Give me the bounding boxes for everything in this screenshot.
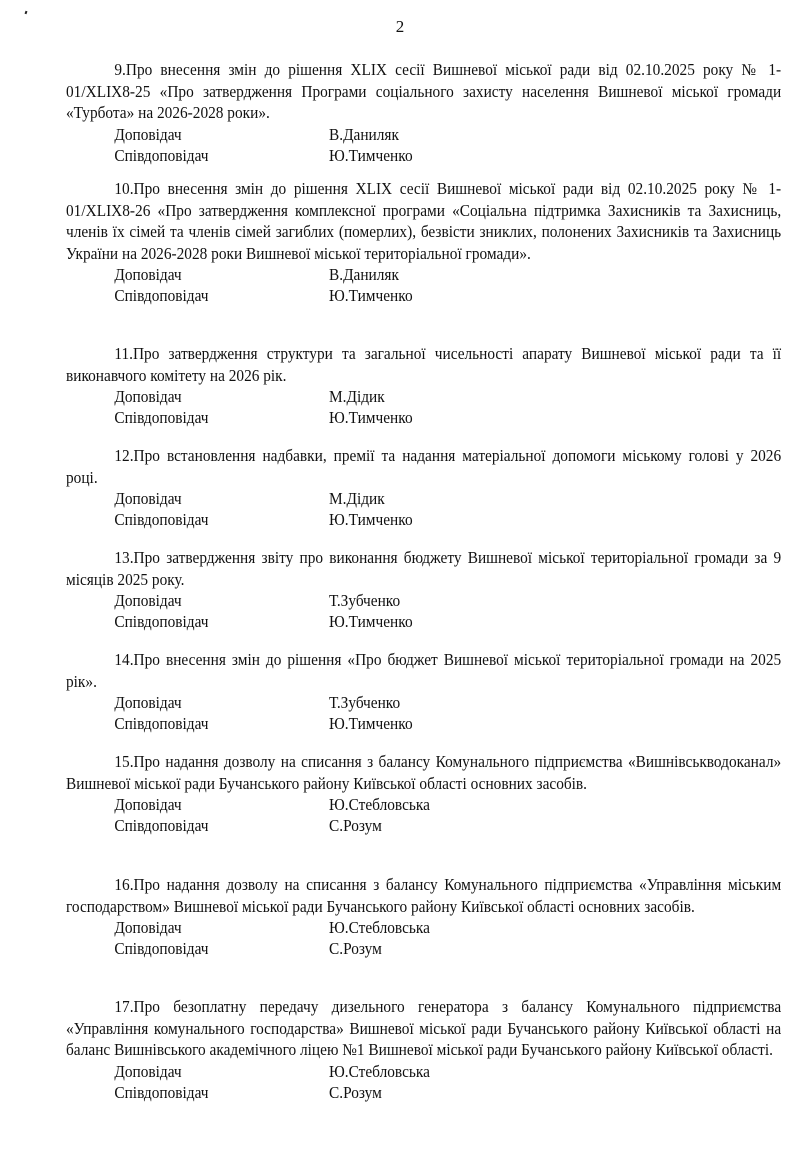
co-reporter-label: Співдоповідач xyxy=(66,285,311,306)
speakers: ДоповідачМ.Дідик СпівдоповідачЮ.Тимченко xyxy=(66,386,781,428)
reporter-name: Т.Зубченко xyxy=(329,692,400,713)
agenda-item: 12.Про встановлення надбавки, премії та … xyxy=(66,445,781,530)
co-reporter-label: Співдоповідач xyxy=(66,713,311,734)
agenda-item: 17.Про безоплатну передачу дизельного ге… xyxy=(66,996,781,1103)
reporter-label: Доповідач xyxy=(66,488,311,509)
co-reporter-name: С.Розум xyxy=(329,815,382,836)
reporter-label: Доповідач xyxy=(66,794,311,815)
speakers: ДоповідачЮ.Стебловська СпівдоповідачС.Ро… xyxy=(66,794,781,836)
reporter-label: Доповідач xyxy=(66,1061,311,1082)
reporter-name: М.Дідик xyxy=(329,386,385,407)
co-reporter-label: Співдоповідач xyxy=(66,815,311,836)
co-reporter-name: Ю.Тимченко xyxy=(329,285,413,306)
page-number: 2 xyxy=(0,17,800,37)
reporter-name: Ю.Стебловська xyxy=(329,794,430,815)
speakers: ДоповідачТ.Зубченко СпівдоповідачЮ.Тимче… xyxy=(66,590,781,632)
co-reporter-name: С.Розум xyxy=(329,938,382,959)
agenda-item-text: 9.Про внесення змін до рішення XLIX сесі… xyxy=(66,59,781,124)
speakers: ДоповідачЮ.Стебловська СпівдоповідачС.Ро… xyxy=(66,1061,781,1103)
agenda-item: 16.Про надання дозволу на списання з бал… xyxy=(66,874,781,959)
speakers: ДоповідачЮ.Стебловська СпівдоповідачС.Ро… xyxy=(66,917,781,959)
agenda-item-text: 16.Про надання дозволу на списання з бал… xyxy=(66,874,781,917)
agenda-item-text: 12.Про встановлення надбавки, премії та … xyxy=(66,445,781,488)
co-reporter-name: С.Розум xyxy=(329,1082,382,1103)
agenda-item: 10.Про внесення змін до рішення XLIX сес… xyxy=(66,178,781,306)
agenda-item: 9.Про внесення змін до рішення XLIX сесі… xyxy=(66,59,781,166)
reporter-name: Ю.Стебловська xyxy=(329,917,430,938)
co-reporter-label: Співдоповідач xyxy=(66,938,311,959)
speakers: ДоповідачВ.Даниляк СпівдоповідачЮ.Тимчен… xyxy=(66,124,781,166)
speakers: ДоповідачТ.Зубченко СпівдоповідачЮ.Тимче… xyxy=(66,692,781,734)
agenda-item-text: 13.Про затвердження звіту про виконання … xyxy=(66,547,781,590)
co-reporter-label: Співдоповідач xyxy=(66,611,311,632)
speakers: ДоповідачМ.Дідик СпівдоповідачЮ.Тимченко xyxy=(66,488,781,530)
reporter-name: Ю.Стебловська xyxy=(329,1061,430,1082)
agenda-item: 13.Про затвердження звіту про виконання … xyxy=(66,547,781,632)
co-reporter-label: Співдоповідач xyxy=(66,407,311,428)
reporter-label: Доповідач xyxy=(66,917,311,938)
reporter-name: В.Даниляк xyxy=(329,124,399,145)
reporter-label: Доповідач xyxy=(66,692,311,713)
reporter-label: Доповідач xyxy=(66,264,311,285)
co-reporter-label: Співдоповідач xyxy=(66,509,311,530)
co-reporter-name: Ю.Тимченко xyxy=(329,713,413,734)
reporter-name: Т.Зубченко xyxy=(329,590,400,611)
agenda-item-text: 14.Про внесення змін до рішення «Про бюд… xyxy=(66,649,781,692)
reporter-name: В.Даниляк xyxy=(329,264,399,285)
speakers: ДоповідачВ.Даниляк СпівдоповідачЮ.Тимчен… xyxy=(66,264,781,306)
agenda-item-text: 17.Про безоплатну передачу дизельного ге… xyxy=(66,996,781,1061)
reporter-name: М.Дідик xyxy=(329,488,385,509)
agenda-item-text: 11.Про затвердження структури та загальн… xyxy=(66,343,781,386)
co-reporter-name: Ю.Тимченко xyxy=(329,145,413,166)
scan-speck xyxy=(25,11,28,15)
agenda-item: 11.Про затвердження структури та загальн… xyxy=(66,343,781,428)
co-reporter-name: Ю.Тимченко xyxy=(329,407,413,428)
agenda-item-text: 10.Про внесення змін до рішення XLIX сес… xyxy=(66,178,781,264)
agenda-item: 15.Про надання дозволу на списання з бал… xyxy=(66,751,781,836)
co-reporter-label: Співдоповідач xyxy=(66,1082,311,1103)
reporter-label: Доповідач xyxy=(66,386,311,407)
agenda-item: 14.Про внесення змін до рішення «Про бюд… xyxy=(66,649,781,734)
reporter-label: Доповідач xyxy=(66,590,311,611)
co-reporter-label: Співдоповідач xyxy=(66,145,311,166)
reporter-label: Доповідач xyxy=(66,124,311,145)
co-reporter-name: Ю.Тимченко xyxy=(329,611,413,632)
co-reporter-name: Ю.Тимченко xyxy=(329,509,413,530)
agenda-item-text: 15.Про надання дозволу на списання з бал… xyxy=(66,751,781,794)
